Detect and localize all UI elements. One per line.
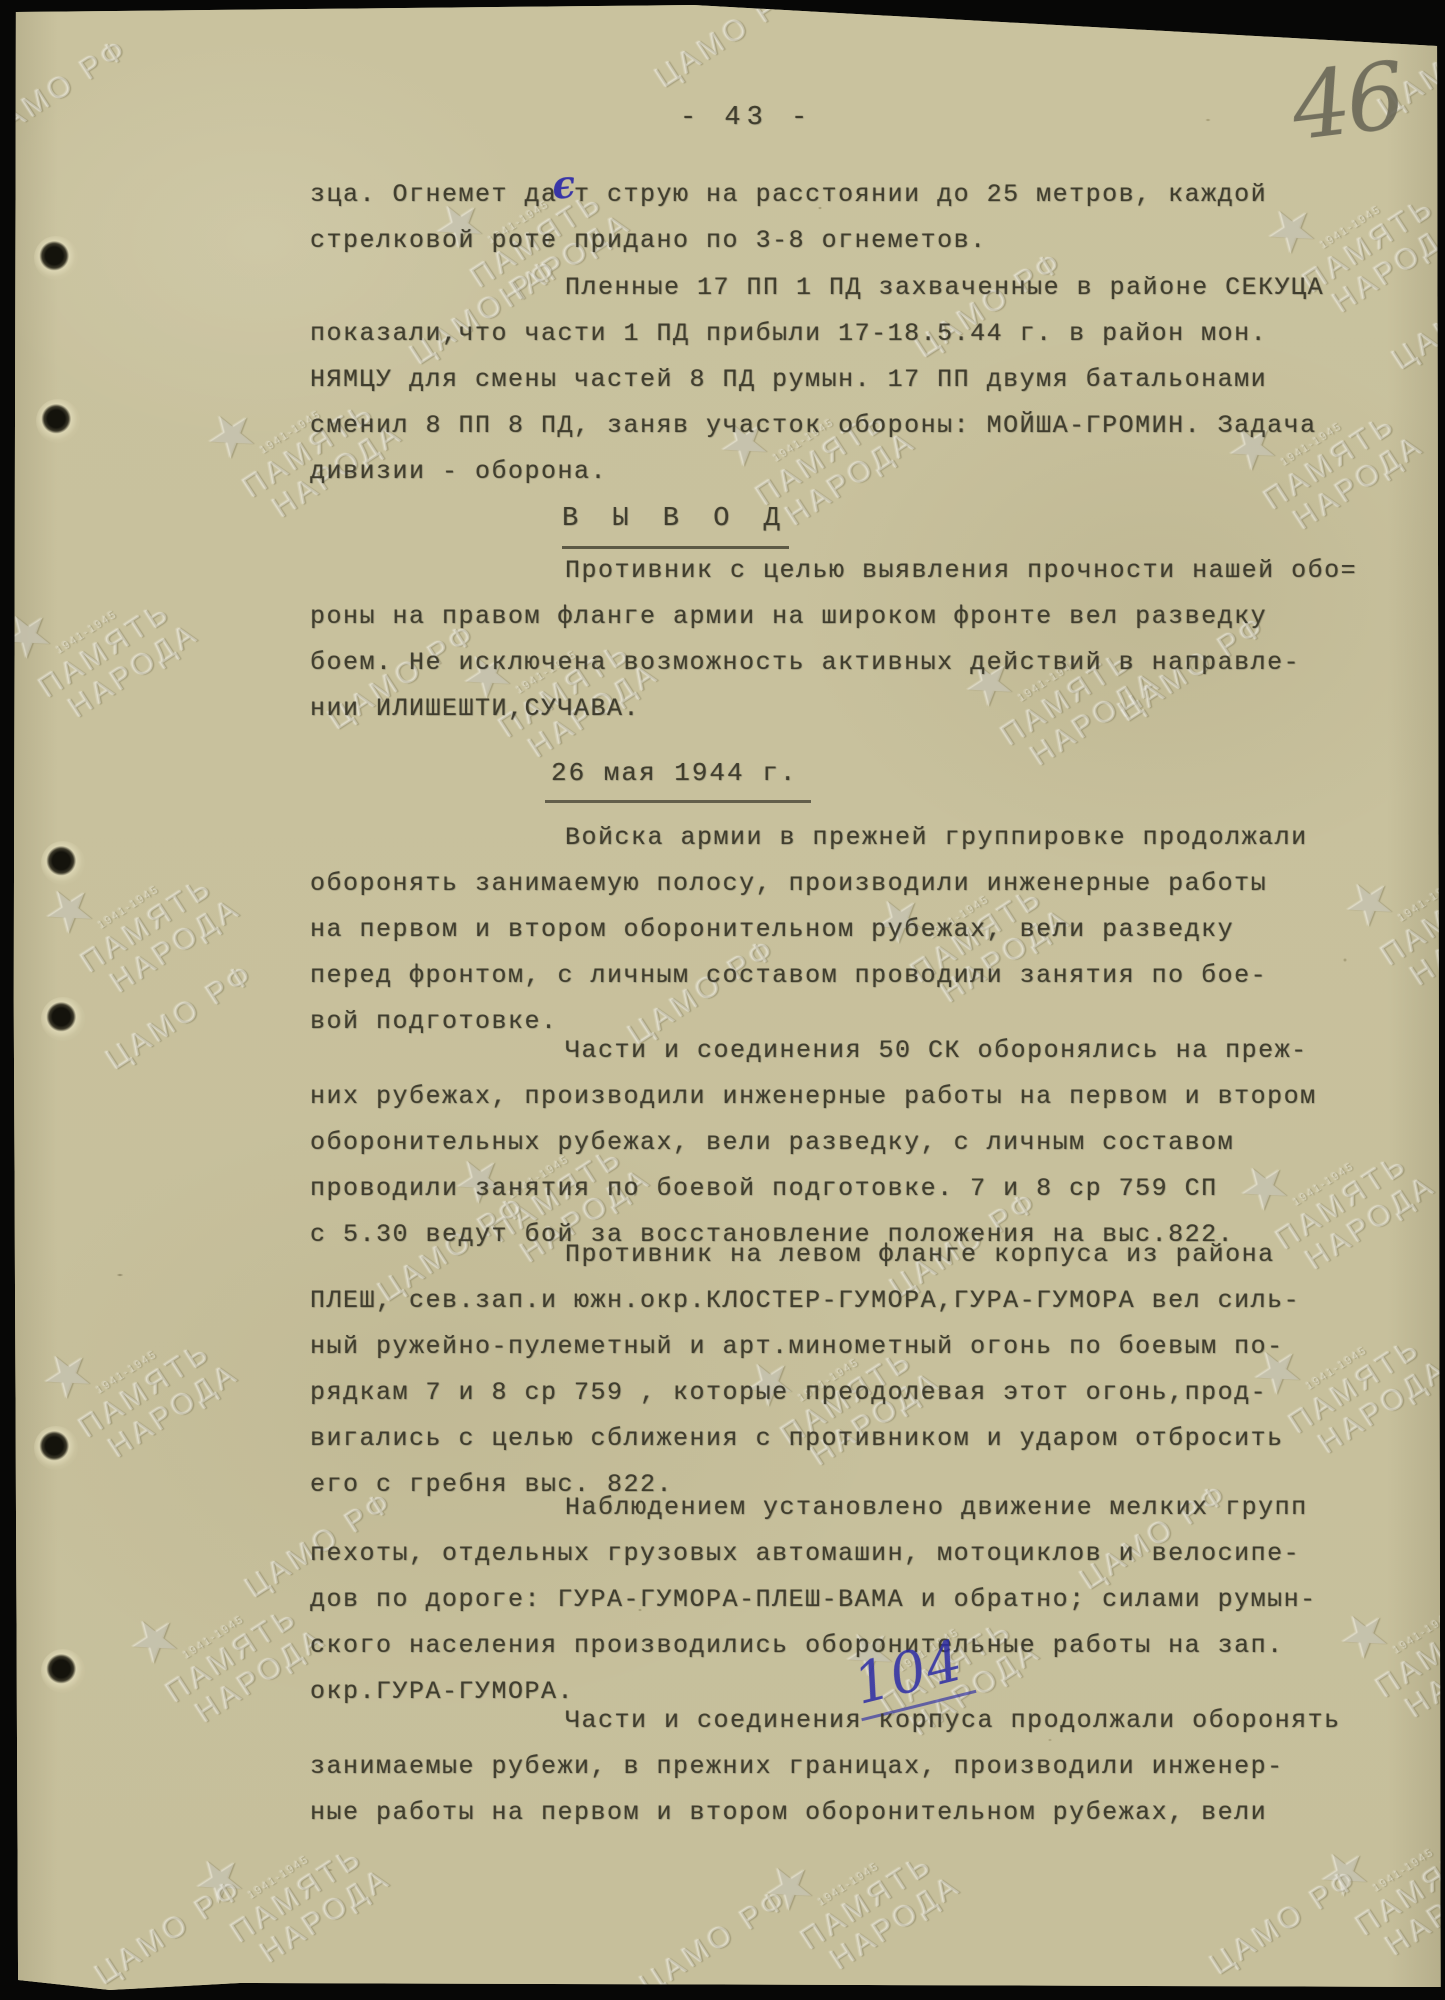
paragraph-50-rifle-corps: Части и соединения 50 СК оборонялись на … (310, 1028, 1425, 1258)
conclusion-heading: В Ы В О Д (562, 496, 789, 549)
watermark-pamyat-naroda: ★1941-1945ПАМЯТЬНАРОДА (41, 791, 278, 1007)
watermark-pamyat-naroda: ★1941-1945ПАМЯТЬНАРОДА (0, 516, 237, 732)
paragraph-army-grouping: Войска армии в прежней группировке продо… (310, 815, 1425, 1045)
watermark-tsamo-rf: ЦАМО РФ (0, 32, 135, 153)
watermark-tsamo-rf: ЦАМО РФ (634, 1882, 795, 2000)
punch-hole (36, 399, 80, 443)
page-number: - 43 - (680, 95, 813, 141)
watermark-tsamo-rf: ЦАМО РФ (649, 0, 810, 95)
ink-correction: є (550, 161, 578, 208)
watermark-tsamo-rf: ЦАМО РФ (89, 1872, 250, 1993)
watermark-years: 1941-1945 (54, 556, 200, 656)
paragraph-corps-defense: Части и соединения корпуса продолжали об… (310, 1698, 1425, 1836)
document-page: ЦАМО РФЦАМО РФЦАМО РФ★1941-1945ПАМЯТЬНАР… (0, 0, 1445, 2000)
punch-hole (34, 1426, 78, 1470)
punch-hole (41, 997, 85, 1041)
star-icon: ★ (120, 1521, 321, 1675)
paragraph-flamethrower: зца. Огнемет да т струю на расстоянии до… (310, 172, 1425, 264)
punch-hole (41, 1649, 85, 1693)
watermark-years: 1941-1945 (94, 1296, 240, 1396)
star-icon: ★ (0, 516, 193, 670)
paragraph-prisoners: Пленные 17 ПП 1 ПД захваченные в районе … (310, 265, 1425, 495)
watermark-years: 1941-1945 (96, 831, 242, 931)
paragraph-enemy-fire: Противник на левом фланге корпуса из рай… (310, 1232, 1425, 1508)
watermark-tsamo-rf: ЦАМО РФ (100, 957, 261, 1078)
scan-background: ЦАМО РФЦАМО РФЦАМО РФ★1941-1945ПАМЯТЬНАР… (0, 0, 1445, 2000)
watermark-tsamo-rf: ЦАМО РФ (1204, 1862, 1365, 1983)
star-icon: ★ (33, 1256, 234, 1410)
handwritten-sheet-number: 46 (1286, 42, 1407, 161)
date-heading: 26 мая 1944 г. (545, 750, 811, 803)
punch-hole (34, 236, 78, 280)
paragraph-conclusion: Противник с целью выявления прочности на… (310, 548, 1425, 732)
watermark-years: 1941-1945 (181, 1561, 327, 1661)
punch-hole (41, 841, 85, 885)
